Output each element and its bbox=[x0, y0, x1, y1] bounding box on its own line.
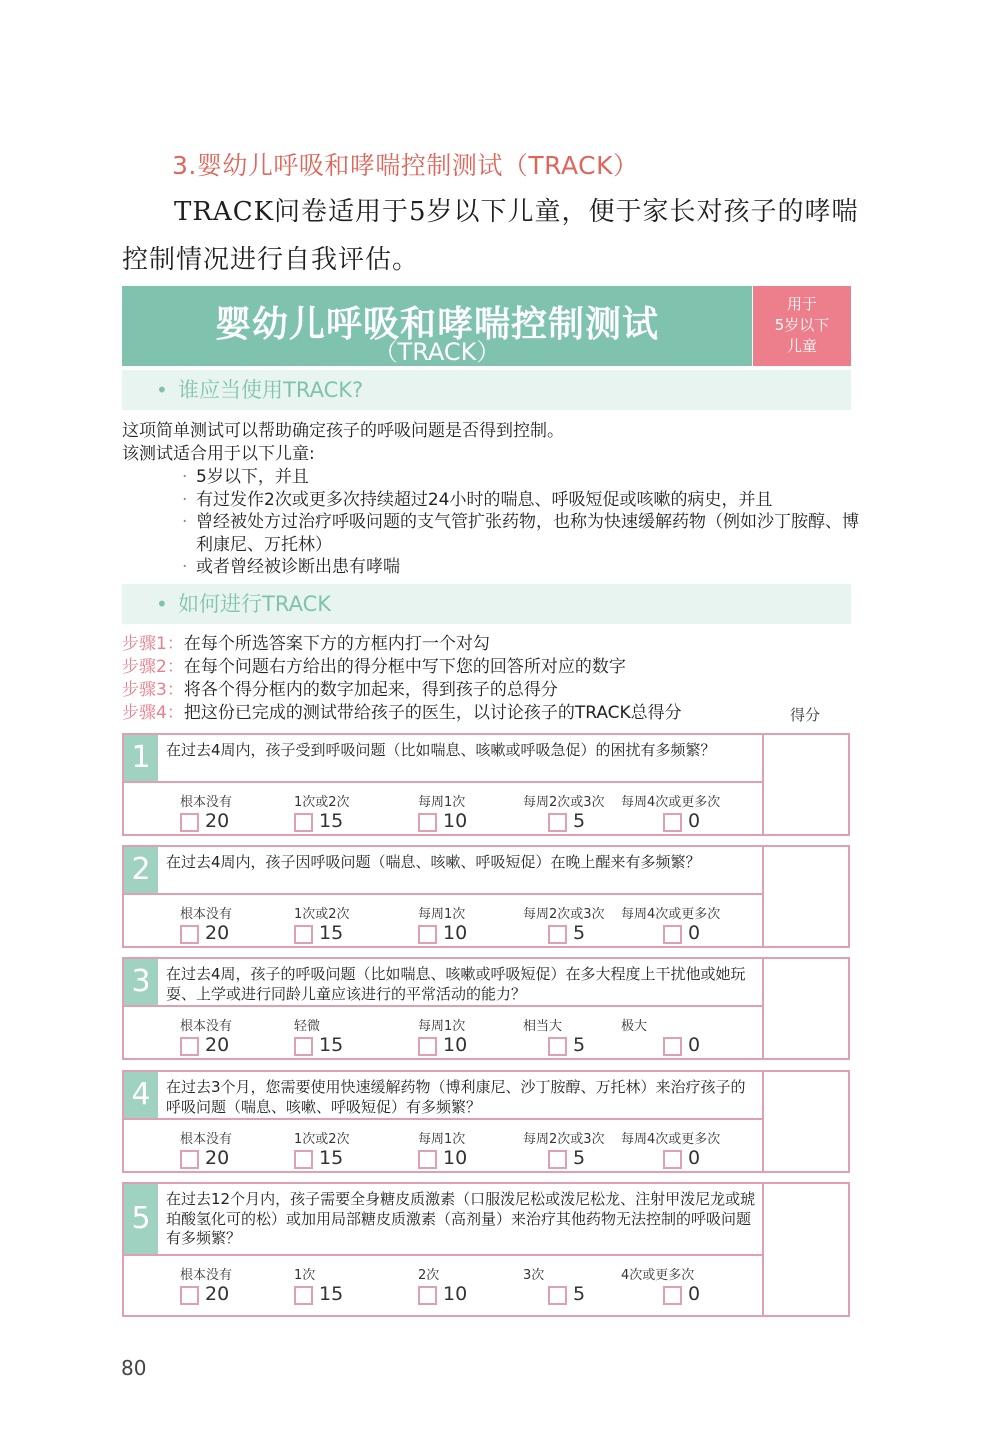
checkbox[interactable] bbox=[180, 1037, 199, 1056]
option-score: 5 bbox=[573, 810, 585, 832]
checkbox[interactable] bbox=[294, 1150, 313, 1169]
option-score: 20 bbox=[205, 1283, 229, 1305]
how-heading-bar: • 如何进行TRACK bbox=[122, 584, 851, 624]
age-badge-line: 5岁以下 bbox=[753, 315, 851, 336]
option-label: 每周1次 bbox=[418, 1128, 465, 1147]
option-label: 每周1次 bbox=[418, 903, 465, 922]
section-heading: 3.婴幼儿呼吸和哮喘控制测试（TRACK） bbox=[172, 146, 639, 182]
option-label: 3次 bbox=[523, 1264, 544, 1283]
option-label: 极大 bbox=[621, 1015, 647, 1034]
option-score: 10 bbox=[443, 922, 467, 944]
checkbox[interactable] bbox=[548, 1150, 567, 1169]
answer-option[interactable]: 极大0 bbox=[663, 1015, 793, 1063]
divider bbox=[124, 1118, 764, 1120]
option-label: 4次或更多次 bbox=[621, 1264, 694, 1283]
options-row: 根本没有20轻微15每周1次10相当大5极大0 bbox=[124, 1015, 762, 1065]
who-heading-bar: • 谁应当使用TRACK? bbox=[122, 370, 851, 410]
option-score: 0 bbox=[688, 1147, 700, 1169]
answer-option[interactable]: 1次15 bbox=[294, 1264, 424, 1312]
question-text: 在过去4周，孩子的呼吸问题（比如喘息、咳嗽或呼吸短促）在多大程度上干扰他或她玩耍… bbox=[166, 965, 756, 1004]
checkbox[interactable] bbox=[548, 1037, 567, 1056]
answer-option[interactable]: 根本没有20 bbox=[180, 903, 310, 951]
option-label: 每周2次或3次 bbox=[523, 791, 605, 810]
option-score: 10 bbox=[443, 1034, 467, 1056]
option-score: 20 bbox=[205, 1147, 229, 1169]
option-score: 0 bbox=[688, 1283, 700, 1305]
checkbox[interactable] bbox=[180, 1286, 199, 1305]
step-item: 步骤2：在每个问题右方给出的得分框中写下您的回答所对应的数字 bbox=[122, 656, 682, 679]
divider bbox=[124, 781, 764, 783]
question-number: 3 bbox=[124, 959, 158, 1005]
checkbox[interactable] bbox=[180, 1150, 199, 1169]
step-text: 将各个得分框内的数字加起来，得到孩子的总得分 bbox=[184, 680, 558, 700]
option-label: 相当大 bbox=[523, 1015, 562, 1034]
intro-paragraph: TRACK问卷适用于5岁以下儿童，便于家长对孩子的哮喘控制情况进行自我评估。 bbox=[122, 188, 862, 284]
question-block: 5在过去12个月内，孩子需要全身糖皮质激素（口服泼尼松或泼尼松龙、注射甲泼尼龙或… bbox=[122, 1182, 850, 1317]
option-label: 每周1次 bbox=[418, 791, 465, 810]
checkbox[interactable] bbox=[418, 1150, 437, 1169]
criteria-item: 有过发作2次或更多次持续超过24小时的喘息、呼吸短促或咳嗽的病史，并且 bbox=[180, 489, 860, 512]
question-text: 在过去12个月内，孩子需要全身糖皮质激素（口服泼尼松或泼尼松龙、注射甲泼尼龙或琥… bbox=[166, 1190, 756, 1249]
option-score: 5 bbox=[573, 1147, 585, 1169]
option-label: 根本没有 bbox=[180, 1015, 232, 1034]
option-label: 根本没有 bbox=[180, 903, 232, 922]
step-text: 在每个问题右方给出的得分框中写下您的回答所对应的数字 bbox=[184, 657, 626, 677]
who-line: 该测试适合用于以下儿童: bbox=[122, 443, 315, 466]
answer-option[interactable]: 每周4次或更多次0 bbox=[663, 903, 793, 951]
question-text: 在过去3个月，您需要使用快速缓解药物（博利康尼、沙丁胺醇、万托林）来治疗孩子的呼… bbox=[166, 1078, 756, 1117]
options-row: 根本没有201次或2次15每周1次10每周2次或3次5每周4次或更多次0 bbox=[124, 903, 762, 953]
answer-option[interactable]: 1次或2次15 bbox=[294, 791, 424, 839]
option-label: 1次或2次 bbox=[294, 903, 350, 922]
option-label: 1次 bbox=[294, 1264, 315, 1283]
checkbox[interactable] bbox=[548, 813, 567, 832]
checkbox[interactable] bbox=[663, 813, 682, 832]
answer-option[interactable]: 每周4次或更多次0 bbox=[663, 1128, 793, 1176]
question-text: 在过去4周内，孩子因呼吸问题（喘息、咳嗽、呼吸短促）在晚上醒来有多频繁？ bbox=[166, 853, 756, 873]
divider bbox=[124, 893, 764, 895]
criteria-list: 5岁以下，并且 有过发作2次或更多次持续超过24小时的喘息、呼吸短促或咳嗽的病史… bbox=[180, 466, 860, 579]
checkbox[interactable] bbox=[663, 925, 682, 944]
option-label: 每周2次或3次 bbox=[523, 1128, 605, 1147]
question-block: 1在过去4周内，孩子受到呼吸问题（比如喘息、咳嗽或呼吸急促）的困扰有多频繁？根本… bbox=[122, 733, 850, 836]
checkbox[interactable] bbox=[418, 925, 437, 944]
answer-option[interactable]: 4次或更多次0 bbox=[663, 1264, 793, 1312]
answer-option[interactable]: 1次或2次15 bbox=[294, 1128, 424, 1176]
question-block: 4在过去3个月，您需要使用快速缓解药物（博利康尼、沙丁胺醇、万托林）来治疗孩子的… bbox=[122, 1070, 850, 1173]
option-score: 15 bbox=[319, 1147, 343, 1169]
option-label: 每周4次或更多次 bbox=[621, 903, 720, 922]
divider bbox=[124, 1254, 764, 1256]
question-number: 5 bbox=[124, 1184, 158, 1254]
question-block: 2在过去4周内，孩子因呼吸问题（喘息、咳嗽、呼吸短促）在晚上醒来有多频繁？根本没… bbox=[122, 845, 850, 948]
option-label: 根本没有 bbox=[180, 1128, 232, 1147]
criteria-item: 5岁以下，并且 bbox=[180, 466, 860, 489]
criteria-item: 或者曾经被诊断出患有哮喘 bbox=[180, 556, 860, 579]
options-row: 根本没有201次152次103次54次或更多次0 bbox=[124, 1264, 762, 1314]
option-label: 每周4次或更多次 bbox=[621, 791, 720, 810]
answer-option[interactable]: 根本没有20 bbox=[180, 791, 310, 839]
question-number: 1 bbox=[124, 735, 158, 781]
options-row: 根本没有201次或2次15每周1次10每周2次或3次5每周4次或更多次0 bbox=[124, 1128, 762, 1178]
answer-option[interactable]: 根本没有20 bbox=[180, 1264, 310, 1312]
option-score: 15 bbox=[319, 1283, 343, 1305]
steps-list: 步骤1：在每个所选答案下方的方框内打一个对勾 步骤2：在每个问题右方给出的得分框… bbox=[122, 633, 682, 725]
step-item: 步骤1：在每个所选答案下方的方框内打一个对勾 bbox=[122, 633, 682, 656]
step-label: 步骤1： bbox=[122, 634, 184, 654]
question-number: 4 bbox=[124, 1072, 158, 1118]
answer-option[interactable]: 1次或2次15 bbox=[294, 903, 424, 951]
checkbox[interactable] bbox=[663, 1150, 682, 1169]
track-banner: 婴幼儿呼吸和哮喘控制测试 （TRACK） bbox=[122, 286, 752, 366]
score-column-header: 得分 bbox=[790, 704, 820, 725]
checkbox[interactable] bbox=[548, 1286, 567, 1305]
age-badge-line: 用于 bbox=[753, 294, 851, 315]
option-score: 5 bbox=[573, 1283, 585, 1305]
option-score: 10 bbox=[443, 1283, 467, 1305]
option-label: 2次 bbox=[418, 1264, 439, 1283]
step-label: 步骤3： bbox=[122, 680, 184, 700]
checkbox[interactable] bbox=[418, 813, 437, 832]
option-label: 每周4次或更多次 bbox=[621, 1128, 720, 1147]
checkbox[interactable] bbox=[294, 1037, 313, 1056]
checkbox[interactable] bbox=[418, 1286, 437, 1305]
option-label: 轻微 bbox=[294, 1015, 320, 1034]
answer-option[interactable]: 根本没有20 bbox=[180, 1015, 310, 1063]
question-number: 2 bbox=[124, 847, 158, 893]
options-row: 根本没有201次或2次15每周1次10每周2次或3次5每周4次或更多次0 bbox=[124, 791, 762, 841]
option-score: 15 bbox=[319, 810, 343, 832]
option-score: 15 bbox=[319, 1034, 343, 1056]
checkbox[interactable] bbox=[294, 925, 313, 944]
option-label: 每周2次或3次 bbox=[523, 903, 605, 922]
answer-option[interactable]: 轻微15 bbox=[294, 1015, 424, 1063]
question-block: 3在过去4周，孩子的呼吸问题（比如喘息、咳嗽或呼吸短促）在多大程度上干扰他或她玩… bbox=[122, 957, 850, 1060]
age-badge: 用于 5岁以下 儿童 bbox=[753, 286, 851, 366]
criteria-item: 曾经被处方过治疗呼吸问题的支气管扩张药物，也称为快速缓解药物（例如沙丁胺醇、博利… bbox=[180, 511, 860, 556]
option-label: 1次或2次 bbox=[294, 1128, 350, 1147]
option-label: 根本没有 bbox=[180, 791, 232, 810]
option-label: 根本没有 bbox=[180, 1264, 232, 1283]
step-text: 在每个所选答案下方的方框内打一个对勾 bbox=[184, 634, 490, 654]
bullet-icon: • bbox=[156, 584, 168, 624]
option-score: 5 bbox=[573, 1034, 585, 1056]
option-label: 1次或2次 bbox=[294, 791, 350, 810]
checkbox[interactable] bbox=[180, 813, 199, 832]
bullet-icon: • bbox=[156, 370, 168, 410]
step-item: 步骤4：把这份已完成的测试带给孩子的医生，以讨论孩子的TRACK总得分 bbox=[122, 702, 682, 725]
page-number: 80 bbox=[121, 1356, 146, 1380]
step-text: 把这份已完成的测试带给孩子的医生，以讨论孩子的TRACK总得分 bbox=[184, 703, 682, 723]
checkbox[interactable] bbox=[180, 925, 199, 944]
option-score: 5 bbox=[573, 922, 585, 944]
option-score: 10 bbox=[443, 1147, 467, 1169]
question-text: 在过去4周内，孩子受到呼吸问题（比如喘息、咳嗽或呼吸急促）的困扰有多频繁？ bbox=[166, 741, 756, 761]
who-heading: 谁应当使用TRACK? bbox=[178, 370, 363, 410]
banner-subtitle: （TRACK） bbox=[122, 332, 752, 367]
option-score: 0 bbox=[688, 922, 700, 944]
checkbox[interactable] bbox=[294, 1286, 313, 1305]
who-line: 这项简单测试可以帮助确定孩子的呼吸问题是否得到控制。 bbox=[122, 420, 564, 443]
answer-option[interactable]: 相当大5 bbox=[548, 1015, 678, 1063]
option-score: 15 bbox=[319, 922, 343, 944]
step-label: 步骤2： bbox=[122, 657, 184, 677]
option-label: 每周1次 bbox=[418, 1015, 465, 1034]
checkbox[interactable] bbox=[663, 1286, 682, 1305]
option-score: 20 bbox=[205, 1034, 229, 1056]
option-score: 0 bbox=[688, 1034, 700, 1056]
step-item: 步骤3：将各个得分框内的数字加起来，得到孩子的总得分 bbox=[122, 679, 682, 702]
age-badge-line: 儿童 bbox=[753, 336, 851, 357]
answer-option[interactable]: 根本没有20 bbox=[180, 1128, 310, 1176]
step-label: 步骤4： bbox=[122, 703, 184, 723]
checkbox[interactable] bbox=[548, 925, 567, 944]
checkbox[interactable] bbox=[663, 1037, 682, 1056]
checkbox[interactable] bbox=[294, 813, 313, 832]
option-score: 20 bbox=[205, 922, 229, 944]
how-heading: 如何进行TRACK bbox=[178, 584, 331, 624]
checkbox[interactable] bbox=[418, 1037, 437, 1056]
divider bbox=[124, 1005, 764, 1007]
option-score: 0 bbox=[688, 810, 700, 832]
option-score: 20 bbox=[205, 810, 229, 832]
answer-option[interactable]: 每周4次或更多次0 bbox=[663, 791, 793, 839]
option-score: 10 bbox=[443, 810, 467, 832]
